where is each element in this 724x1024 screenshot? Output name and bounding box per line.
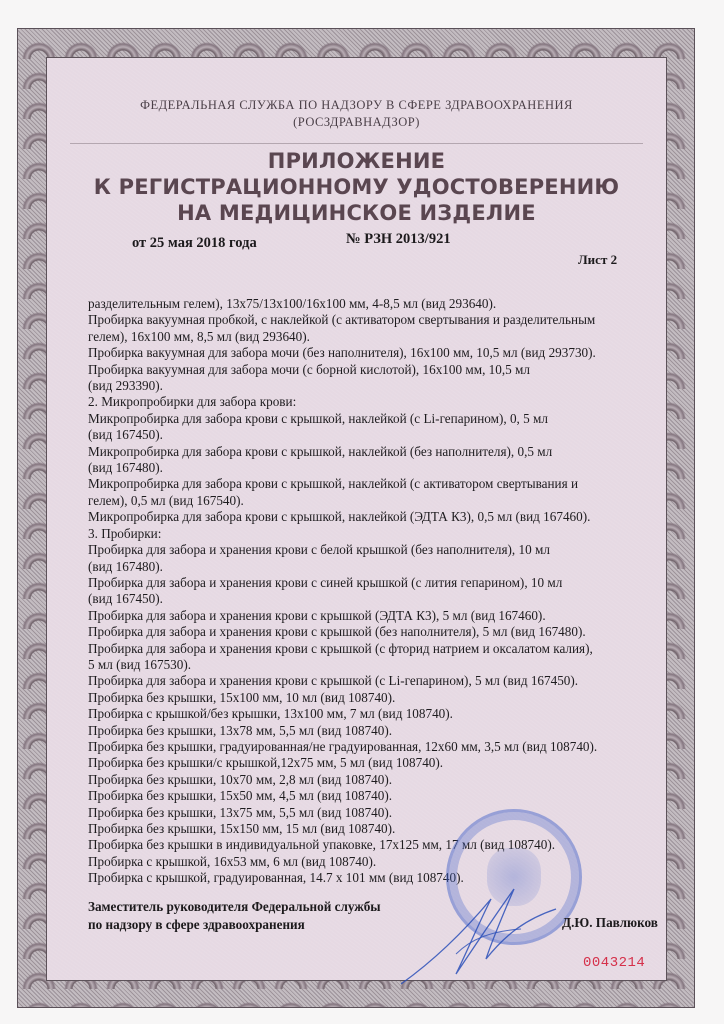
body-line: Пробирка без крышки, 13х75 мм, 5,5 мл (в…	[88, 805, 658, 821]
body-line: Микропробирка для забора крови с крышкой…	[88, 411, 658, 427]
body-line: Пробирка без крышки, 15х50 мм, 4,5 мл (в…	[88, 788, 658, 804]
agency-abbreviation: (РОСЗДРАВНАДЗОР)	[48, 114, 665, 131]
body-line: Пробирка без крышки, градуированная/не г…	[88, 739, 658, 755]
signer-title: Заместитель руководителя Федеральной слу…	[88, 898, 381, 934]
body-line: Пробирка для забора и хранения крови с с…	[88, 575, 658, 591]
document-subtitle-line1: К РЕГИСТРАЦИОННОМУ УДОСТОВЕРЕНИЮ	[48, 174, 665, 200]
header-divider	[70, 143, 643, 144]
body-line: Микропробирка для забора крови с крышкой…	[88, 509, 658, 525]
signer-title-line2: по надзору в сфере здравоохранения	[88, 916, 381, 934]
sheet-number: Лист 2	[578, 252, 617, 268]
document-panel: ФЕДЕРАЛЬНАЯ СЛУЖБА ПО НАДЗОРУ В СФЕРЕ ЗД…	[48, 59, 665, 979]
body-line: Пробирка для забора и хранения крови с к…	[88, 673, 658, 689]
body-line: Пробирка с крышкой/без крышки, 13х100 мм…	[88, 706, 658, 722]
body-line: Микропробирка для забора крови с крышкой…	[88, 444, 658, 460]
registration-date: от 25 мая 2018 года	[132, 235, 257, 252]
body-line: Пробирка без крышки, 10х70 мм, 2,8 мл (в…	[88, 772, 658, 788]
document-subtitle-line2: НА МЕДИЦИНСКОЕ ИЗДЕЛИЕ	[48, 200, 665, 226]
body-line: Пробирка вакуумная для забора мочи (без …	[88, 345, 658, 361]
body-line: (вид 293390).	[88, 378, 658, 394]
agency-name: ФЕДЕРАЛЬНАЯ СЛУЖБА ПО НАДЗОРУ В СФЕРЕ ЗД…	[48, 97, 665, 114]
body-line: (вид 167450).	[88, 427, 658, 443]
body-line: 3. Пробирки:	[88, 526, 658, 542]
body-line: (вид 167450).	[88, 591, 658, 607]
document-title: ПРИЛОЖЕНИЕ	[48, 148, 665, 174]
body-line: Пробирка для забора и хранения крови с к…	[88, 608, 658, 624]
body-line: Пробирка без крышки, 15х100 мм, 10 мл (в…	[88, 690, 658, 706]
signature	[396, 859, 566, 989]
body-line: Пробирка без крышки, 15х150 мм, 15 мл (в…	[88, 821, 658, 837]
body-line: 2. Микропробирки для забора крови:	[88, 394, 658, 410]
body-line: Пробирка для забора и хранения крови с к…	[88, 641, 658, 657]
body-line: Пробирка для забора и хранения крови с к…	[88, 624, 658, 640]
registration-number: № РЗН 2013/921	[346, 231, 451, 248]
body-line: (вид 167480).	[88, 460, 658, 476]
body-line: Пробирка для забора и хранения крови с б…	[88, 542, 658, 558]
body-line: 5 мл (вид 167530).	[88, 657, 658, 673]
body-line: разделительным гелем), 13х75/13х100/16х1…	[88, 296, 658, 312]
signer-name: Д.Ю. Павлюков	[562, 915, 658, 931]
document-body: разделительным гелем), 13х75/13х100/16х1…	[88, 296, 658, 887]
body-line: (вид 167480).	[88, 559, 658, 575]
body-line: Пробирка вакуумная для забора мочи (с бо…	[88, 362, 658, 378]
signer-title-line1: Заместитель руководителя Федеральной слу…	[88, 898, 381, 916]
body-line: Пробирка без крышки/с крышкой,12х75 мм, …	[88, 755, 658, 771]
body-line: гелем), 16х100 мм, 8,5 мл (вид 293640).	[88, 329, 658, 345]
body-line: Пробирка вакуумная пробкой, с наклейкой …	[88, 312, 658, 328]
serial-number: 0043214	[583, 955, 645, 971]
body-line: Пробирка без крышки, 13х78 мм, 5,5 мл (в…	[88, 723, 658, 739]
body-line: гелем), 0,5 мл (вид 167540).	[88, 493, 658, 509]
body-line: Микропробирка для забора крови с крышкой…	[88, 476, 658, 492]
